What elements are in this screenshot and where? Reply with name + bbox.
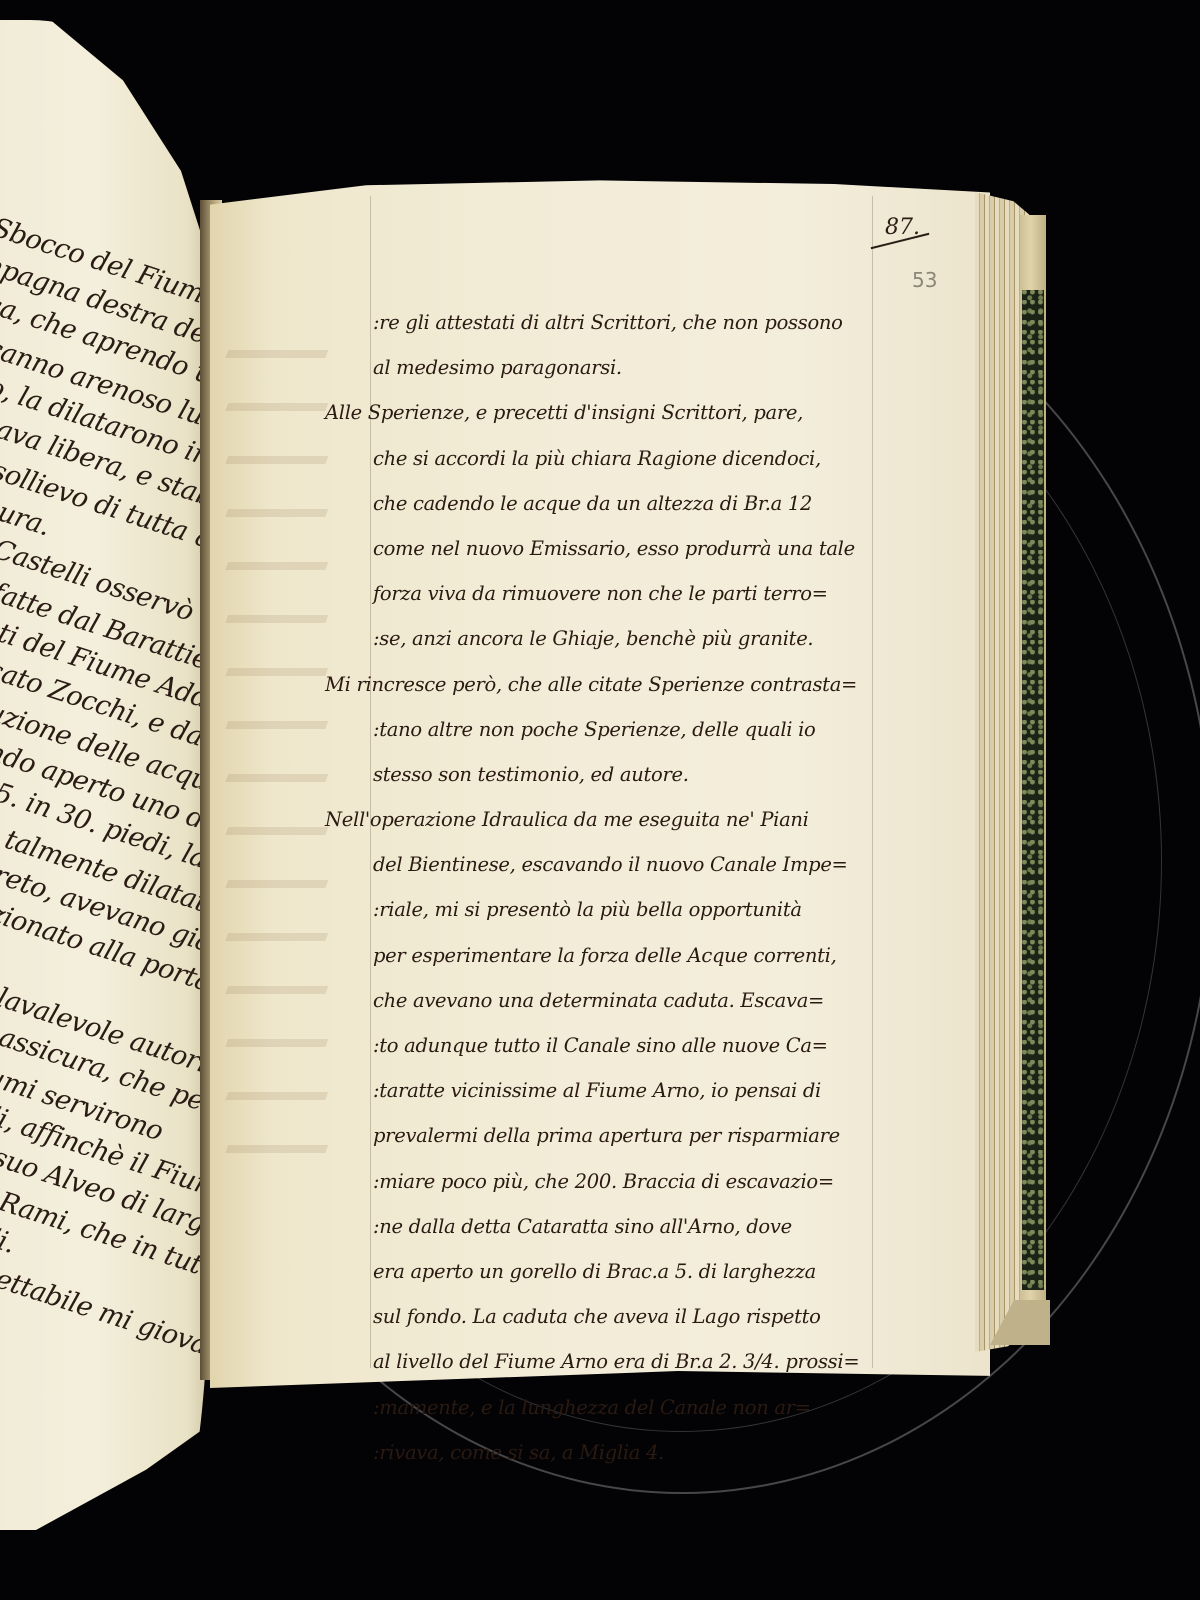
manuscript-line: sul fondo. La caduta che aveva il Lago r… [325, 1294, 905, 1339]
manuscript-line: prevalermi della prima apertura per risp… [325, 1113, 905, 1158]
manuscript-line: del Bientinese, escavando il nuovo Canal… [325, 842, 905, 887]
manuscript-line: :se, anzi ancora le Ghiaje, benchè più g… [325, 616, 905, 661]
manuscript-line: al livello del Fiume Arno era di Br.a 2.… [325, 1339, 905, 1384]
manuscript-line: :miare poco più, che 200. Braccia di esc… [325, 1159, 905, 1204]
folio-number: 53 [912, 268, 937, 292]
manuscript-line: :tano altre non poche Sperienze, delle q… [325, 707, 905, 752]
manuscript-line: :ne dalla detta Cataratta sino all'Arno,… [325, 1204, 905, 1249]
left-page-text: allo Sbocco del Fiume MortoCampagna dest… [0, 190, 210, 1284]
manuscript-line: :mamente, e la lunghezza del Canale non … [325, 1385, 905, 1430]
right-page-text: :re gli attestati di altri Scrittori, ch… [325, 300, 905, 1475]
manuscript-line: Alle Sperienze, e precetti d'insigni Scr… [325, 390, 905, 435]
manuscript-line: stesso son testimonio, ed autore. [325, 752, 905, 797]
manuscript-line: che avevano una determinata caduta. Esca… [325, 978, 905, 1023]
manuscript-line: che si accordi la più chiara Ragione dic… [325, 436, 905, 481]
manuscript-line: era aperto un gorello di Brac.a 5. di la… [325, 1249, 905, 1294]
manuscript-line: :rivava, come si sa, a Miglia 4. [325, 1430, 905, 1475]
manuscript-line: Mi rincresce però, che alle citate Speri… [325, 662, 905, 707]
manuscript-line: :riale, mi si presentò la più bella oppo… [325, 887, 905, 932]
manuscript-line: forza viva da rimuovere non che le parti… [325, 571, 905, 616]
manuscript-line: che cadendo le acque da un altezza di Br… [325, 481, 905, 526]
manuscript-photo: allo Sbocco del Fiume MortoCampagna dest… [0, 0, 1200, 1600]
manuscript-line: :re gli attestati di altri Scrittori, ch… [325, 300, 905, 345]
manuscript-line: :taratte vicinissime al Fiume Arno, io p… [325, 1068, 905, 1113]
manuscript-line: :to adunque tutto il Canale sino alle nu… [325, 1023, 905, 1068]
manuscript-line: per esperimentare la forza delle Acque c… [325, 933, 905, 978]
marbled-cover [1022, 290, 1044, 1290]
manuscript-line: come nel nuovo Emissario, esso produrrà … [325, 526, 905, 571]
left-page: allo Sbocco del Fiume MortoCampagna dest… [0, 20, 210, 1530]
manuscript-line: Nell'operazione Idraulica da me eseguita… [325, 797, 905, 842]
manuscript-line: al medesimo paragonarsi. [325, 345, 905, 390]
